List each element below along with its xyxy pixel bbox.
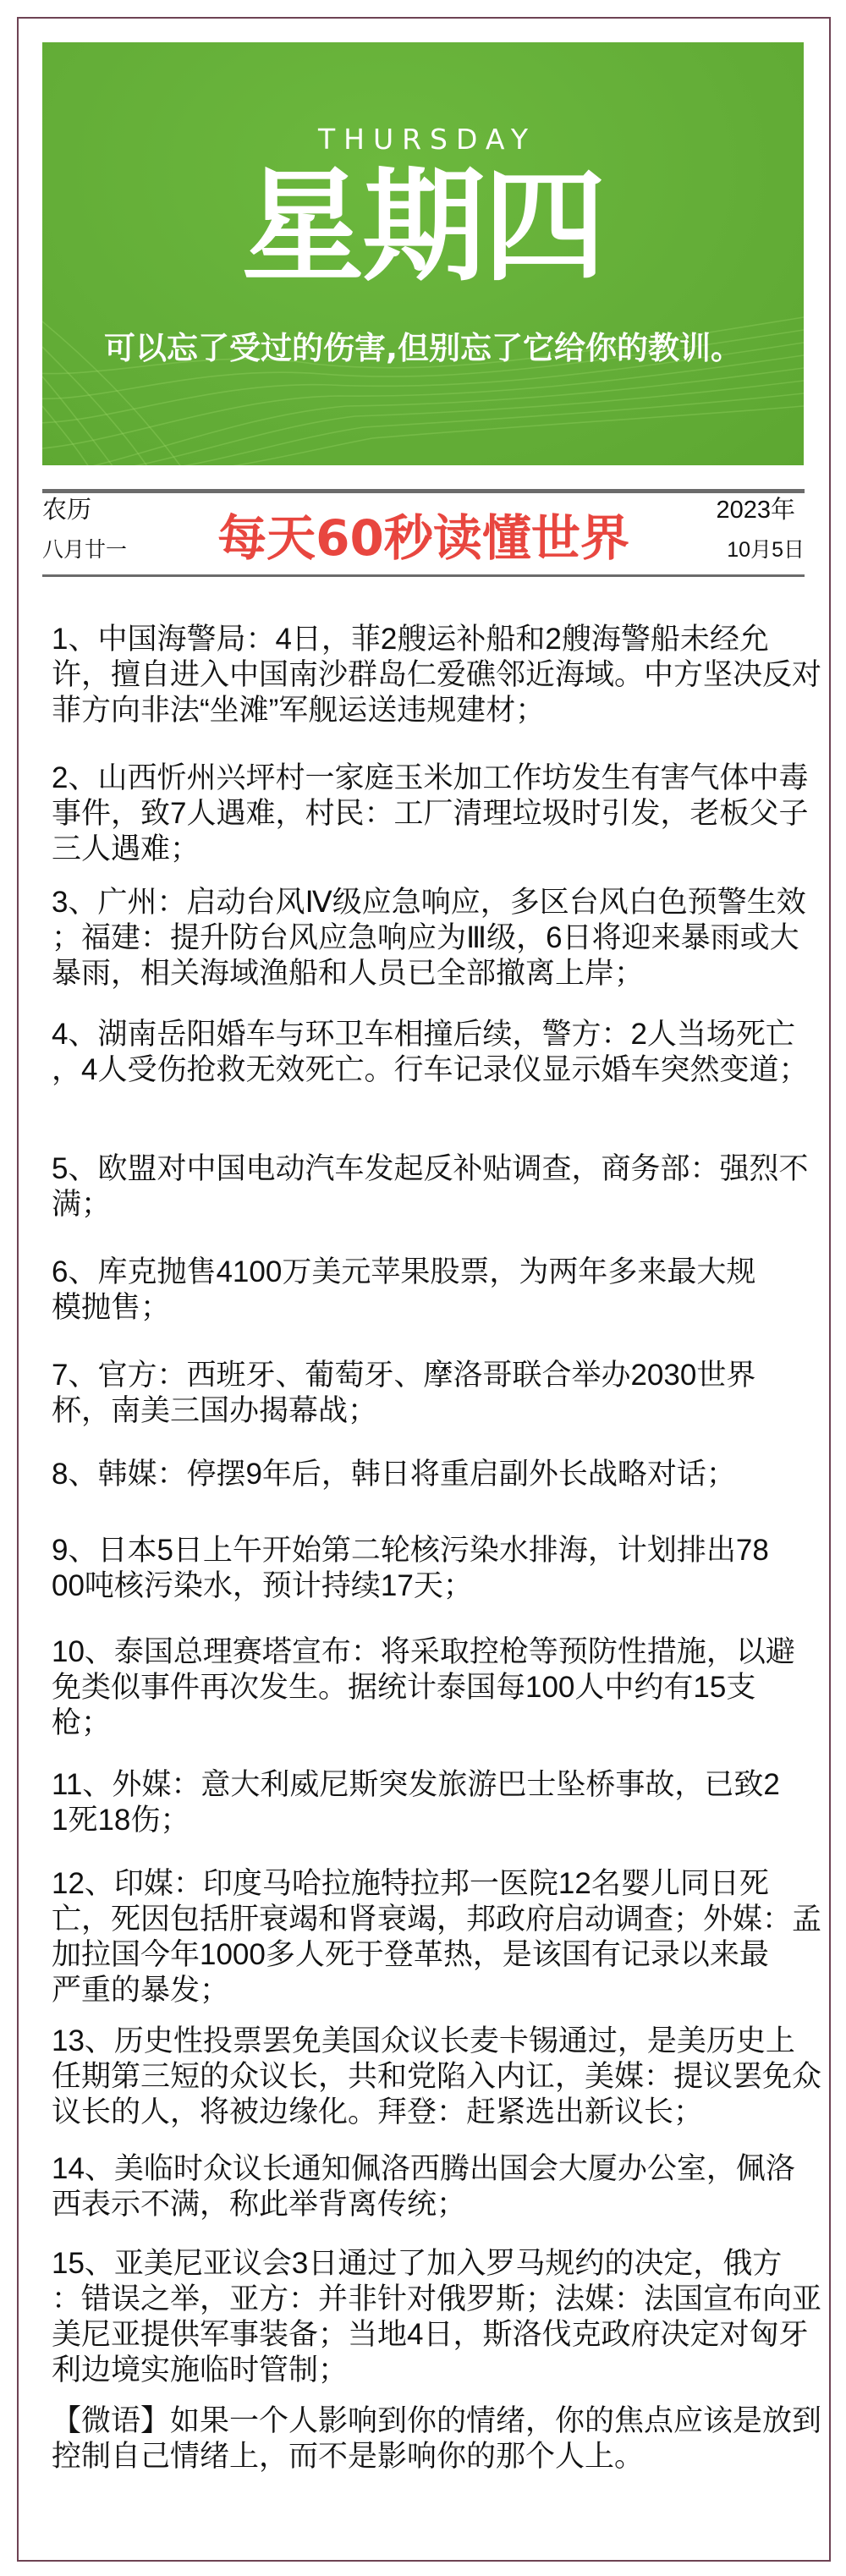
- news-list: 1、中国海警局：4日，菲2艘运补船和2艘海警船未经允许，擅自进入中国南沙群岛仁爱…: [52, 622, 843, 2388]
- news-line: 1、中国海警局：4日，菲2艘运补船和2艘海警船未经允: [52, 622, 843, 657]
- news-line: 严重的暴发；: [52, 1973, 843, 2008]
- news-line: 6、库克抛售4100万美元苹果股票，为两年多来最大规: [52, 1255, 843, 1290]
- news-item: 12、印媒：印度马哈拉施特拉邦一医院12名婴儿同日死亡，死因包括肝衰竭和肾衰竭，…: [52, 1866, 843, 2008]
- news-content: 1、中国海警局：4日，菲2艘运补船和2艘海警船未经允许，擅自进入中国南沙群岛仁爱…: [52, 622, 843, 2474]
- news-item: 13、历史性投票罢免美国众议长麦卡锡通过，是美历史上任期第三短的众议长，共和党陷…: [52, 2024, 843, 2130]
- news-item: 5、欧盟对中国电动汽车发起反补贴调查，商务部：强烈不满；: [52, 1151, 843, 1222]
- news-line: 7、官方：西班牙、葡萄牙、摩洛哥联合举办2030世界: [52, 1358, 843, 1393]
- divider-top: [42, 489, 805, 493]
- news-line: 4、湖南岳阳婚车与环卫车相撞后续，警方：2人当场死亡: [52, 1017, 843, 1052]
- news-item: 2、山西忻州兴坪村一家庭玉米加工作坊发生有害气体中毒事件，致7人遇难，村民：工厂…: [52, 761, 843, 867]
- news-line: 议长的人，将被边缘化。拜登：赶紧选出新议长；: [52, 2095, 843, 2130]
- news-line: 1死18伤；: [52, 1803, 843, 1838]
- news-line: 枪；: [52, 1705, 843, 1741]
- quote-line: 控制自己情绪上，而不是影响你的那个人上。: [52, 2439, 843, 2474]
- news-item: 7、官方：西班牙、葡萄牙、摩洛哥联合举办2030世界杯，南美三国办揭幕战；: [52, 1358, 843, 1429]
- news-line: 10、泰国总理赛塔宣布：将采取控枪等预防性措施，以避: [52, 1634, 843, 1670]
- news-line: ：错误之举，亚方：并非针对俄罗斯；法媒：法国宣布向亚: [52, 2282, 843, 2317]
- daily-quote: 【微语】如果一个人影响到你的情绪，你的焦点应该是放到 控制自己情绪上，而不是影响…: [52, 2403, 843, 2474]
- gregorian-date: 10月5日: [727, 539, 805, 561]
- news-line: ，4人受伤抢救无效死亡。行车记录仪显示婚车突然变道；: [52, 1052, 843, 1088]
- news-line: 11、外媒：意大利威尼斯突发旅游巴士坠桥事故，已致2: [52, 1767, 843, 1803]
- news-line: 3、广州：启动台风Ⅳ级应急响应，多区台风白色预警生效: [52, 885, 843, 920]
- news-line: 杯，南美三国办揭幕战；: [52, 1393, 843, 1429]
- news-line: 00吨核污染水，预计持续17天；: [52, 1568, 843, 1604]
- news-item: 6、库克抛售4100万美元苹果股票，为两年多来最大规模抛售；: [52, 1255, 843, 1326]
- news-line: 加拉国今年1000多人死于登革热，是该国有记录以来最: [52, 1937, 843, 1973]
- news-item: 1、中国海警局：4日，菲2艘运补船和2艘海警船未经允许，擅自进入中国南沙群岛仁爱…: [52, 622, 843, 728]
- news-item: 3、广州：启动台风Ⅳ级应急响应，多区台风白色预警生效；福建：提升防台风应急响应为…: [52, 885, 843, 991]
- news-line: 事件，致7人遇难，村民：工厂清理垃圾时引发，老板父子: [52, 796, 843, 832]
- news-line: 西表示不满，称此举背离传统；: [52, 2187, 843, 2222]
- news-item: 9、日本5日上午开始第二轮核污染水排海，计划排出7800吨核污染水，预计持续17…: [52, 1533, 843, 1604]
- news-line: 菲方向非法“坐滩”军舰运送违规建材；: [52, 693, 843, 728]
- weekday-banner: THURSDAY 星期四 可以忘了受过的伤害,但别忘了它给你的教训。: [42, 42, 804, 465]
- news-line: 满；: [52, 1187, 843, 1222]
- news-item: 8、韩媒：停摆9年后，韩日将重启副外长战略对话；: [52, 1457, 843, 1492]
- masthead: 农历 八月廿一 每天60秒读懂世界 2023年 10月5日: [42, 489, 805, 579]
- news-line: 12、印媒：印度马哈拉施特拉邦一医院12名婴儿同日死: [52, 1866, 843, 1902]
- news-line: 模抛售；: [52, 1290, 843, 1326]
- news-line: 14、美临时众议长通知佩洛西腾出国会大厦办公室，佩洛: [52, 2151, 843, 2187]
- news-line: 亡，死因包括肝衰竭和肾衰竭，邦政府启动调查；外媒：孟: [52, 1902, 843, 1937]
- news-line: 美尼亚提供军事装备；当地4日，斯洛伐克政府决定对匈牙: [52, 2317, 843, 2353]
- news-line: 任期第三短的众议长，共和党陷入内讧，美媒：提议罢免众: [52, 2059, 843, 2095]
- daily-slogan: 可以忘了受过的伤害,但别忘了它给你的教训。: [42, 330, 804, 367]
- gregorian-year: 2023年: [716, 497, 795, 523]
- news-line: 许，擅自进入中国南沙群岛仁爱礁邻近海域。中方坚决反对: [52, 657, 843, 693]
- news-line: 13、历史性投票罢免美国众议长麦卡锡通过，是美历史上: [52, 2024, 843, 2059]
- page-title: 每天60秒读懂世界: [42, 513, 805, 563]
- news-line: 三人遇难；: [52, 832, 843, 867]
- news-line: 利边境实施临时管制；: [52, 2353, 843, 2388]
- news-item: 10、泰国总理赛塔宣布：将采取控枪等预防性措施，以避免类似事件再次发生。据统计泰…: [52, 1634, 843, 1741]
- news-line: 2、山西忻州兴坪村一家庭玉米加工作坊发生有害气体中毒: [52, 761, 843, 796]
- quote-line: 【微语】如果一个人影响到你的情绪，你的焦点应该是放到: [52, 2403, 843, 2439]
- news-item: 15、亚美尼亚议会3日通过了加入罗马规约的决定，俄方：错误之举，亚方：并非针对俄…: [52, 2246, 843, 2388]
- news-line: [52, 1088, 843, 1123]
- news-line: 9、日本5日上午开始第二轮核污染水排海，计划排出78: [52, 1533, 843, 1568]
- news-line: 5、欧盟对中国电动汽车发起反补贴调查，商务部：强烈不: [52, 1151, 843, 1187]
- divider-bottom: [42, 574, 805, 577]
- news-item: 4、湖南岳阳婚车与环卫车相撞后续，警方：2人当场死亡，4人受伤抢救无效死亡。行车…: [52, 1017, 843, 1123]
- weekday-english: THURSDAY: [42, 123, 804, 157]
- news-line: 8、韩媒：停摆9年后，韩日将重启副外长战略对话；: [52, 1457, 843, 1492]
- news-item: 11、外媒：意大利威尼斯突发旅游巴士坠桥事故，已致21死18伤；: [52, 1767, 843, 1838]
- news-item: 14、美临时众议长通知佩洛西腾出国会大厦办公室，佩洛西表示不满，称此举背离传统；: [52, 2151, 843, 2222]
- news-line: 免类似事件再次发生。据统计泰国每100人中约有15支: [52, 1670, 843, 1705]
- news-line: 暴雨，相关海域渔船和人员已全部撤离上岸；: [52, 956, 843, 991]
- weekday-chinese: 星期四: [42, 160, 804, 295]
- news-line: ；福建：提升防台风应急响应为Ⅲ级，6日将迎来暴雨或大: [52, 920, 843, 956]
- news-line: 15、亚美尼亚议会3日通过了加入罗马规约的决定，俄方: [52, 2246, 843, 2282]
